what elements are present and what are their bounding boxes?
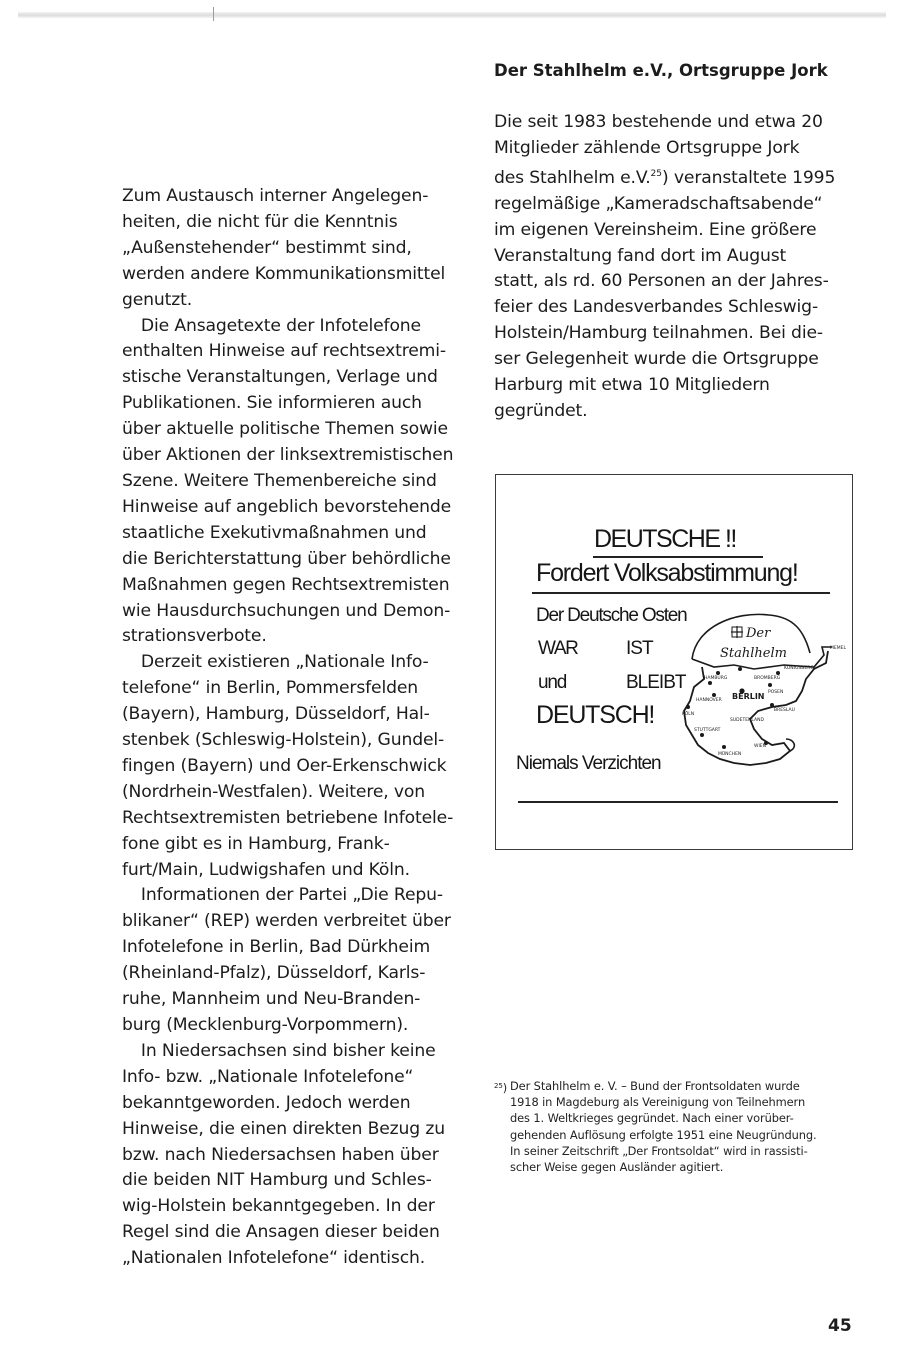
svg-text:HANNOVER: HANNOVER xyxy=(696,697,722,703)
text-line: fone gibt es in Hamburg, Frank- xyxy=(122,832,467,858)
text-line: staatliche Exekutivmaßnahmen und xyxy=(122,521,467,547)
flyer-subtitle: Fordert Volksabstimmung! xyxy=(536,559,798,588)
footnote-marker: 25) xyxy=(494,1078,507,1096)
svg-text:STUTTGART: STUTTGART xyxy=(694,727,721,733)
emblem-text: Der xyxy=(745,626,771,641)
text-segment: ) veranstaltete 1995 xyxy=(662,168,835,188)
text-line: enthalten Hinweise auf rechtsextremi- xyxy=(122,339,467,365)
text-line: fingen (Bayern) und Oer-Erkenschwick xyxy=(122,754,467,780)
svg-text:BROMBERG: BROMBERG xyxy=(754,675,781,681)
text-line: regelmäßige „Kameradschaftsabende“ xyxy=(494,192,864,218)
text-line: Hinweise, die einen direkten Bezug zu xyxy=(122,1117,467,1143)
flyer-deutsch: DEUTSCH! xyxy=(536,701,654,730)
svg-text:WIEN: WIEN xyxy=(754,743,766,749)
text-line: scher Weise gegen Ausländer agitiert. xyxy=(510,1159,864,1175)
svg-text:POSEN: POSEN xyxy=(768,689,783,695)
svg-text:KÖLN: KÖLN xyxy=(682,710,694,717)
flyer-bottom-rule xyxy=(518,801,838,803)
text-line: die Berichterstattung über behördliche xyxy=(122,547,467,573)
text-line: Regel sind die Ansagen dieser beiden xyxy=(122,1220,467,1246)
text-line: statt, als rd. 60 Personen an der Jahres… xyxy=(494,269,864,295)
paragraph-3: Derzeit existieren „Nationale Info- tele… xyxy=(122,650,467,883)
text-line: stische Veranstaltungen, Verlage und xyxy=(122,365,467,391)
svg-text:MEMEL: MEMEL xyxy=(830,645,846,651)
text-line: genutzt. xyxy=(122,288,467,314)
svg-text:BRESLAU: BRESLAU xyxy=(774,707,795,713)
flyer-title: DEUTSCHE !! xyxy=(594,525,736,554)
svg-text:MÜNCHEN: MÜNCHEN xyxy=(718,750,741,757)
flyer-underline xyxy=(532,592,830,594)
text-line: gehenden Auflösung erfolgte 1951 eine Ne… xyxy=(510,1127,864,1143)
flyer-word-ist: IST xyxy=(626,638,653,660)
footnote-reference[interactable]: 25 xyxy=(651,169,662,179)
text-line: über aktuelle politische Themen sowie xyxy=(122,417,467,443)
svg-text:HAMBURG: HAMBURG xyxy=(704,675,728,681)
text-line: Zum Austausch interner Angelegen- xyxy=(122,184,467,210)
flyer-image: DEUTSCHE !! Fordert Volksabstimmung! Der… xyxy=(495,474,853,850)
text-line: blikaner“ (REP) werden verbreitet über xyxy=(122,909,467,935)
text-line: Infotelefone in Berlin, Bad Dürkheim xyxy=(122,935,467,961)
text-line: furt/Main, Ludwigshafen und Köln. xyxy=(122,858,467,884)
text-line: Die seit 1983 bestehende und etwa 20 xyxy=(494,110,864,136)
text-line: (Rheinland-Pfalz), Düsseldorf, Karls- xyxy=(122,961,467,987)
text-line: bekanntgeworden. Jedoch werden xyxy=(122,1091,467,1117)
text-line: Publikationen. Sie informieren auch xyxy=(122,391,467,417)
text-line: telefone“ in Berlin, Pommersfelden xyxy=(122,676,467,702)
text-line: stenbek (Schleswig-Holstein), Gundel- xyxy=(122,728,467,754)
text-line: Hinweise auf angeblich bevorstehende xyxy=(122,495,467,521)
text-line: Szene. Weitere Themenbereiche sind xyxy=(122,469,467,495)
svg-text:KÖNIGSBERG: KÖNIGSBERG xyxy=(784,664,814,671)
flyer-slogan: Niemals Verzichten xyxy=(516,753,661,775)
text-line: gegründet. xyxy=(494,399,864,425)
text-line: Veranstaltung fand dort im August xyxy=(494,244,864,270)
text-line: bzw. nach Niedersachsen haben über xyxy=(122,1143,467,1169)
svg-text:BERLIN: BERLIN xyxy=(732,692,765,701)
text-line: burg (Mecklenburg-Vorpommern). xyxy=(122,1013,467,1039)
text-line: 1918 in Magdeburg als Vereinigung von Te… xyxy=(510,1094,864,1110)
right-column: Der Stahlhelm e.V., Ortsgruppe Jork Die … xyxy=(494,58,864,425)
text-line: Informationen der Partei „Die Repu- xyxy=(122,883,467,909)
iron-cross-icon xyxy=(731,626,743,638)
text-segment: des Stahlhelm e.V. xyxy=(494,168,651,188)
text-line: „Nationalen Infotelefone“ identisch. xyxy=(122,1246,467,1272)
text-line: die beiden NIT Hamburg und Schles- xyxy=(122,1168,467,1194)
text-line: Holstein/Hamburg teilnahmen. Bei die- xyxy=(494,321,864,347)
left-column: Zum Austausch interner Angelegen- heiten… xyxy=(122,184,467,1272)
footnote-number: 25 xyxy=(494,1082,503,1090)
rule-tick xyxy=(213,7,214,21)
text-line: Maßnahmen gegen Rechtsextremisten xyxy=(122,573,467,599)
stahlhelm-map-icon: Der Stahlhelm KÖNIGSBERG HAMBURG BROMBER… xyxy=(674,607,846,777)
text-line: In seiner Zeitschrift „Der Frontsoldat“ … xyxy=(510,1143,864,1159)
section-heading: Der Stahlhelm e.V., Ortsgruppe Jork xyxy=(494,58,864,84)
text-line: In Niedersachsen sind bisher keine xyxy=(122,1039,467,1065)
text-line: „Außenstehender“ bestimmt sind, xyxy=(122,236,467,262)
svg-text:SUDETENLAND: SUDETENLAND xyxy=(730,717,764,723)
flyer-underline xyxy=(593,556,763,558)
emblem-text: Stahlhelm xyxy=(720,646,787,661)
text-line: strationsverbote. xyxy=(122,624,467,650)
page-number: 45 xyxy=(828,1316,852,1336)
text-line: ruhe, Mannheim und Neu-Branden- xyxy=(122,987,467,1013)
text-line: Derzeit existieren „Nationale Info- xyxy=(122,650,467,676)
section-body: Die seit 1983 bestehende und etwa 20 Mit… xyxy=(494,110,864,425)
text-line: wie Hausdurchsuchungen und Demon- xyxy=(122,599,467,625)
text-line: (Nordrhein-Westfalen). Weitere, von xyxy=(122,780,467,806)
text-line: (Bayern), Hamburg, Düsseldorf, Hal- xyxy=(122,702,467,728)
text-line: über Aktionen der linksextremistischen xyxy=(122,443,467,469)
text-line-with-footnote: des Stahlhelm e.V.25) veranstaltete 1995 xyxy=(494,162,864,192)
text-line: Harburg mit etwa 10 Mitgliedern xyxy=(494,373,864,399)
flyer-word-war: WAR xyxy=(538,638,577,660)
text-line: ser Gelegenheit wurde die Ortsgruppe xyxy=(494,347,864,373)
text-line: Die Ansagetexte der Infotelefone xyxy=(122,314,467,340)
text-line: im eigenen Vereinsheim. Eine größere xyxy=(494,218,864,244)
text-line: werden andere Kommunikationsmittel xyxy=(122,262,467,288)
footnote-marker-suffix: ) xyxy=(503,1081,507,1095)
footnote: 25) Der Stahlhelm e. V. – Bund der Front… xyxy=(494,1078,864,1175)
text-line: wig-Holstein bekanntgegeben. In der xyxy=(122,1194,467,1220)
top-rule xyxy=(18,12,886,18)
text-line: des 1. Weltkrieges gegründet. Nach einer… xyxy=(510,1110,864,1126)
paragraph-4: Informationen der Partei „Die Repu- blik… xyxy=(122,883,467,1038)
text-line: Rechtsextremisten betriebene Infotele- xyxy=(122,806,467,832)
text-line: Info- bzw. „Nationale Infotelefone“ xyxy=(122,1065,467,1091)
footnote-text: Der Stahlhelm e. V. – Bund der Frontsold… xyxy=(510,1078,864,1175)
flyer-word-und: und xyxy=(538,672,566,694)
text-line: feier des Landesverbandes Schleswig- xyxy=(494,295,864,321)
flyer-line-1: Der Deutsche Osten xyxy=(536,605,687,627)
text-line: heiten, die nicht für die Kenntnis xyxy=(122,210,467,236)
text-line: Der Stahlhelm e. V. – Bund der Frontsold… xyxy=(510,1078,864,1094)
paragraph-1: Zum Austausch interner Angelegen- heiten… xyxy=(122,184,467,314)
paragraph-2: Die Ansagetexte der Infotelefone enthalt… xyxy=(122,314,467,651)
text-line: Mitglieder zählende Ortsgruppe Jork xyxy=(494,136,864,162)
paragraph-5: In Niedersachsen sind bisher keine Info-… xyxy=(122,1039,467,1272)
